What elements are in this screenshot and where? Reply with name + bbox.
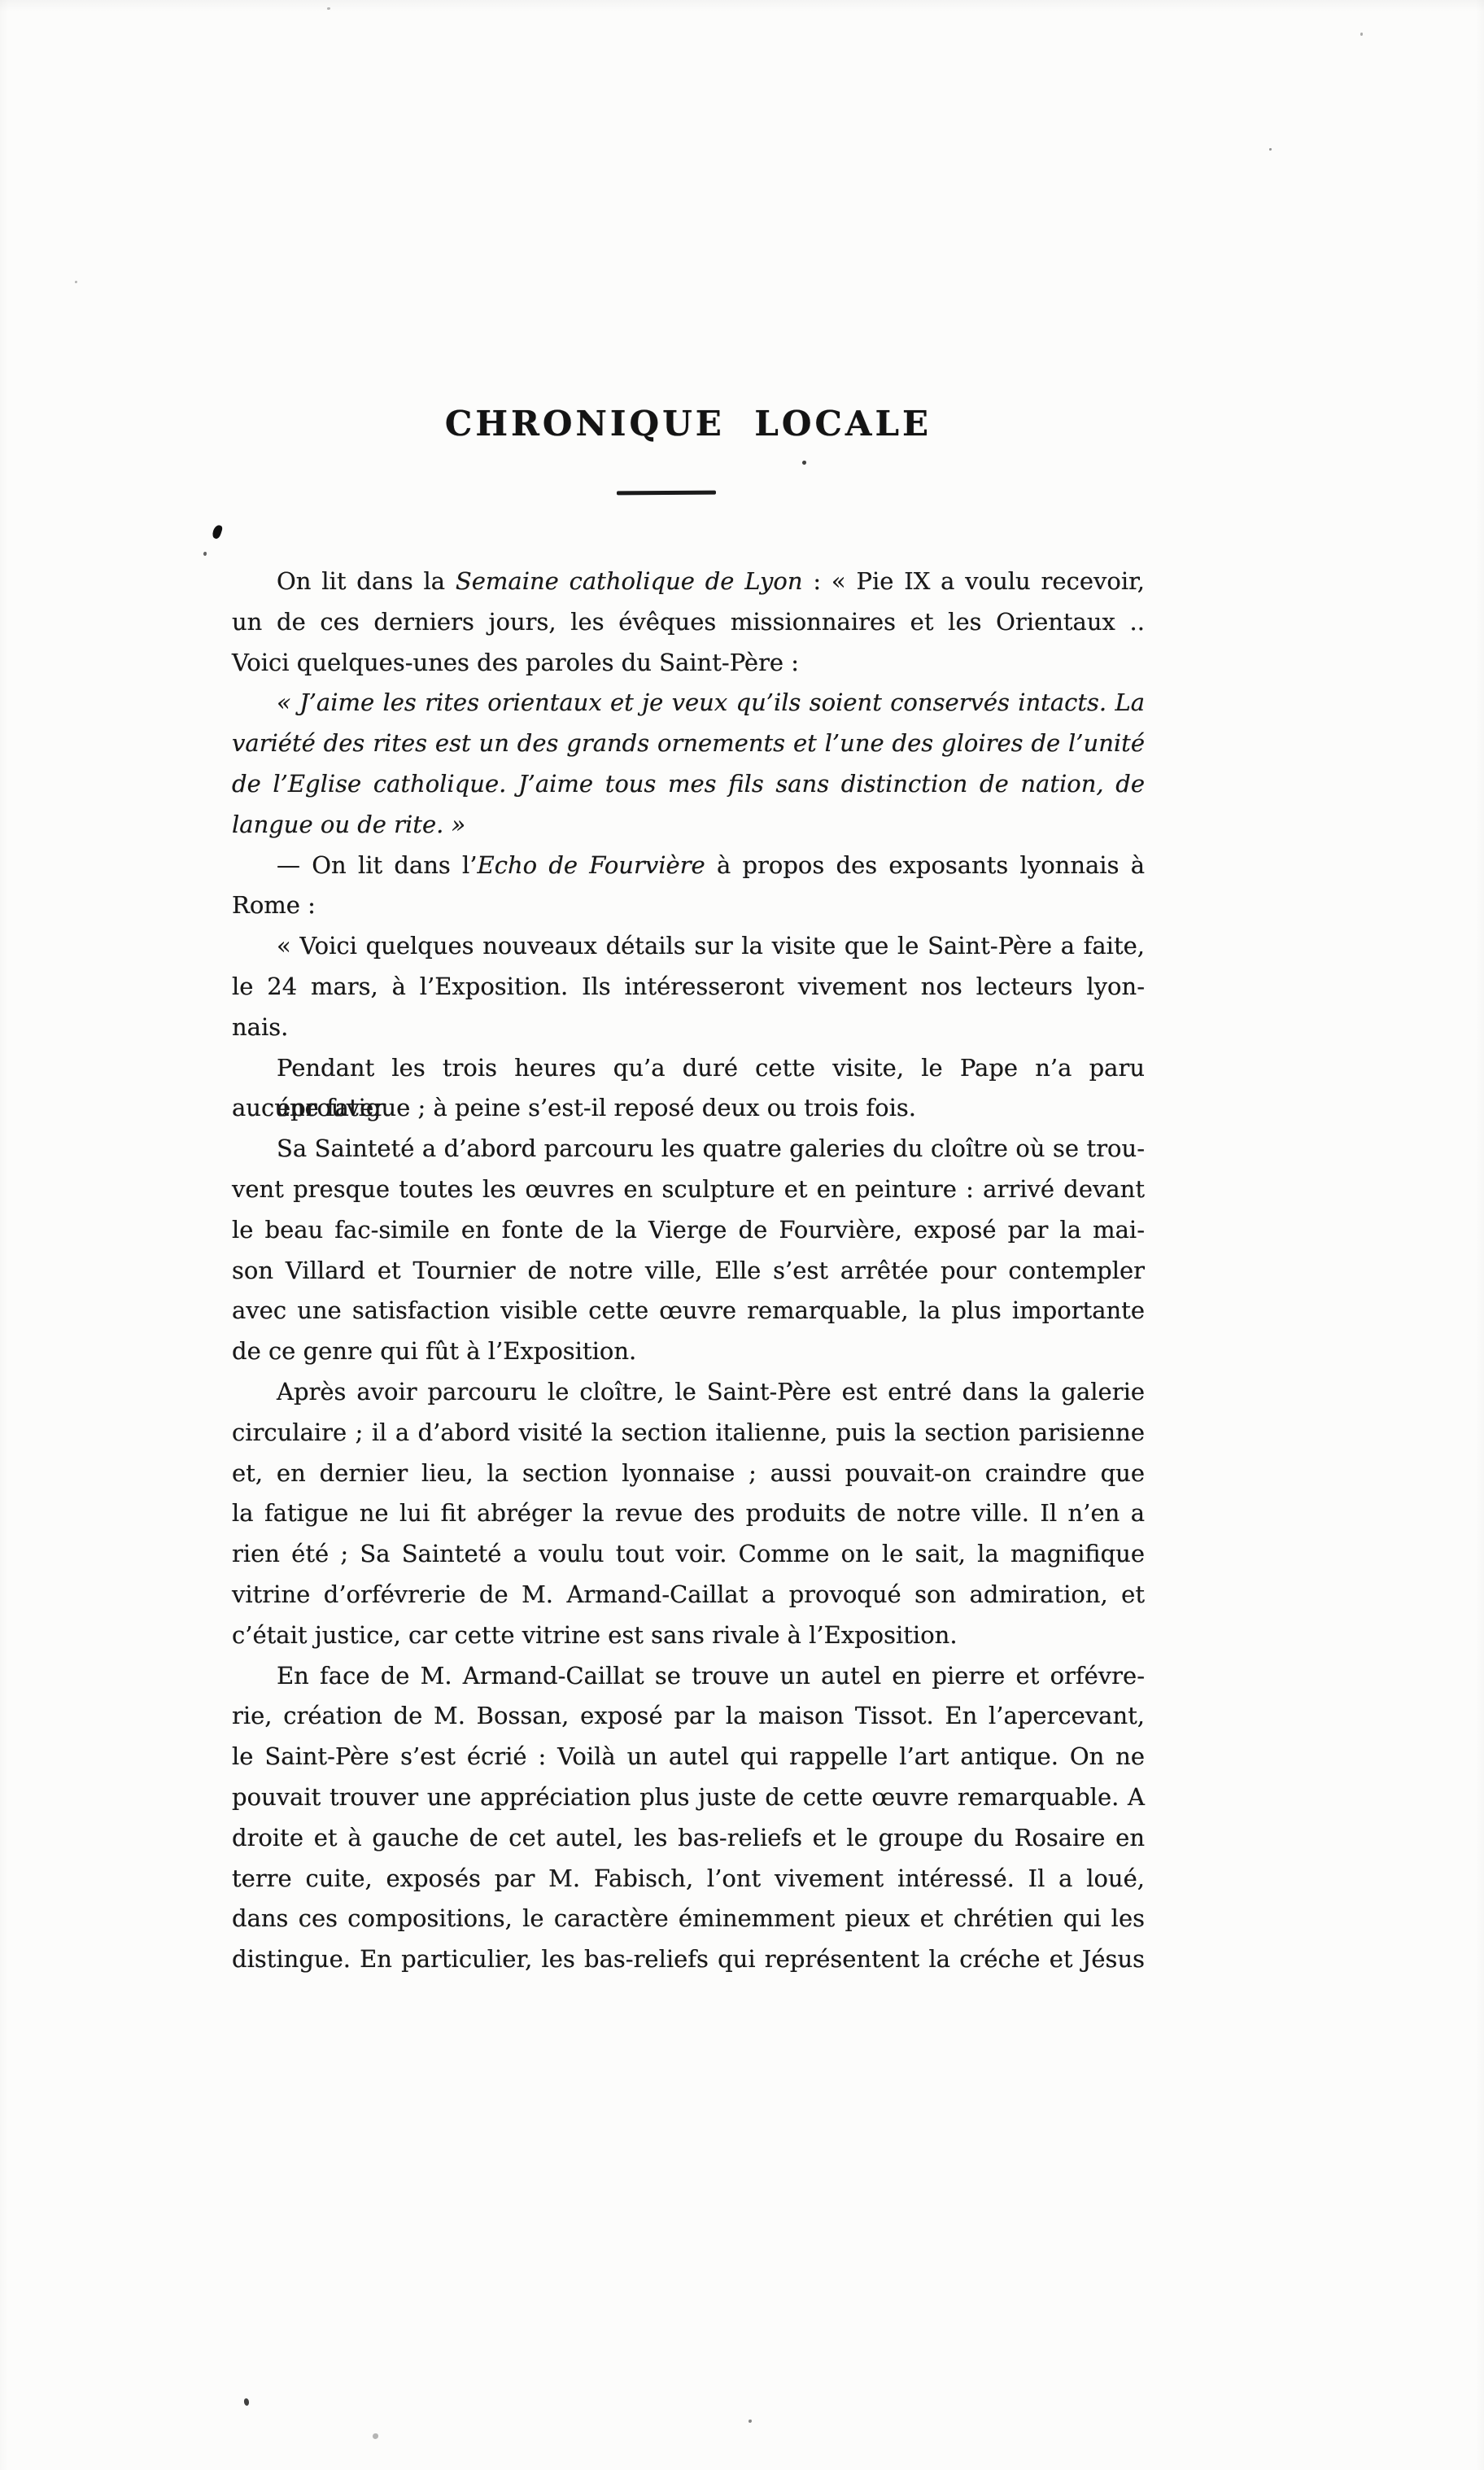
text-segment: distingue. En particulier, les bas-relie… <box>232 1945 1145 1973</box>
text-segment: de ce genre qui fût à l’Exposition. <box>232 1337 636 1365</box>
ink-speck <box>1269 148 1272 151</box>
text-line: le 24 mars, à l’Exposition. Ils intéress… <box>232 967 1145 1008</box>
text-line: langue ou de rite. » <box>232 805 1145 846</box>
title-rule <box>617 491 716 496</box>
text-line: Sa Sainteté a d’abord parcouru les quatr… <box>232 1129 1145 1169</box>
text-segment: le Saint-Père s’est écrié : Voilà un aut… <box>232 1742 1145 1770</box>
text-line: « Voici quelques nouveaux détails sur la… <box>232 926 1145 967</box>
text-segment: « J’aime les rites orientaux et je veux … <box>277 689 1145 716</box>
text-line: de ce genre qui fût à l’Exposition. <box>232 1331 1145 1372</box>
text-segment: variété des rites est un des grands orne… <box>232 729 1145 757</box>
text-line: variété des rites est un des grands orne… <box>232 724 1145 764</box>
text-segment: « Voici quelques nouveaux détails sur la… <box>277 932 1145 960</box>
ink-speck <box>203 552 207 556</box>
text-segment: — On lit dans l’ <box>277 851 478 879</box>
text-column: On lit dans la Semaine catholique de Lyo… <box>232 562 1145 1980</box>
text-segment: Sa Sainteté a d’abord parcouru les quatr… <box>277 1134 1145 1162</box>
text-line: aucune fatigue ; à peine s’est-il reposé… <box>232 1088 1145 1129</box>
text-segment: de l’Eglise catholique. J’aime tous mes … <box>232 770 1145 798</box>
text-line: rie, création de M. Bossan, exposé par l… <box>232 1696 1145 1737</box>
text-segment: droite et à gauche de cet autel, les bas… <box>232 1824 1145 1851</box>
scanned-page: CHRONIQUE LOCALE On lit dans la Semaine … <box>0 0 1484 2470</box>
text-segment: rien été ; Sa Sainteté a voulu tout voir… <box>232 1540 1145 1567</box>
text-line: droite et à gauche de cet autel, les bas… <box>232 1818 1145 1859</box>
text-segment: Voici quelques-unes des paroles du Saint… <box>232 649 799 676</box>
ink-speck <box>749 2420 752 2423</box>
text-segment: On lit dans la <box>277 567 456 595</box>
text-segment: terre cuite, exposés par M. Fabisch, l’o… <box>232 1865 1145 1892</box>
ink-speck <box>327 7 330 10</box>
italic-segment: Echo de Fourvière <box>478 851 705 879</box>
text-line: son Villard et Tournier de notre ville, … <box>232 1251 1145 1292</box>
text-segment: pouvait trouver une appréciation plus ju… <box>232 1783 1145 1811</box>
text-segment: le 24 mars, à l’Exposition. Ils intéress… <box>232 973 1145 1000</box>
text-line: distingue. En particulier, les bas-relie… <box>232 1939 1145 1980</box>
text-segment: : « Pie IX a voulu recevoir, <box>803 567 1145 595</box>
text-segment: à propos des exposants lyonnais à <box>705 851 1145 879</box>
text-segment: Rome : <box>232 891 316 919</box>
text-segment: nais. <box>232 1013 288 1041</box>
text-line: Après avoir parcouru le cloître, le Sain… <box>232 1372 1145 1413</box>
text-segment: vent presque toutes les œuvres en sculpt… <box>232 1175 1145 1203</box>
text-segment: Après avoir parcouru le cloître, le Sain… <box>277 1378 1145 1405</box>
text-line: circulaire ; il a d’abord visité la sect… <box>232 1413 1145 1454</box>
text-segment: vitrine d’orfévrerie de M. Armand-Cailla… <box>232 1580 1145 1608</box>
text-line: — On lit dans l’Echo de Fourvière à prop… <box>232 846 1145 886</box>
ink-speck <box>373 2433 378 2439</box>
italic-segment: Semaine catholique de Lyon <box>456 567 803 595</box>
ink-speck <box>212 524 224 540</box>
text-segment: un de ces derniers jours, les évêques mi… <box>232 608 1145 636</box>
ink-speck <box>243 2398 250 2406</box>
text-segment: dans ces compositions, le caractère émin… <box>232 1904 1145 1932</box>
text-segment: circulaire ; il a d’abord visité la sect… <box>232 1419 1145 1446</box>
text-line: pouvait trouver une appréciation plus ju… <box>232 1777 1145 1818</box>
text-segment: langue ou de rite. » <box>232 811 465 838</box>
text-line: rien été ; Sa Sainteté a voulu tout voir… <box>232 1534 1145 1575</box>
text-line: En face de M. Armand-Caillat se trouve u… <box>232 1656 1145 1697</box>
text-line: dans ces compositions, le caractère émin… <box>232 1899 1145 1939</box>
text-segment: rie, création de M. Bossan, exposé par l… <box>232 1702 1145 1729</box>
text-line: un de ces derniers jours, les évêques mi… <box>232 602 1145 643</box>
text-segment: et, en dernier lieu, la section lyonnais… <box>232 1459 1145 1487</box>
text-line: avec une satisfaction visible cette œuvr… <box>232 1291 1145 1331</box>
text-segment: En face de M. Armand-Caillat se trouve u… <box>277 1662 1145 1690</box>
ink-speck <box>802 461 806 465</box>
text-line: « J’aime les rites orientaux et je veux … <box>232 683 1145 724</box>
text-line: le beau fac-simile en fonte de la Vierge… <box>232 1210 1145 1251</box>
text-line: de l’Eglise catholique. J’aime tous mes … <box>232 764 1145 805</box>
page-title: CHRONIQUE LOCALE <box>232 404 1145 444</box>
ink-speck <box>1360 33 1363 36</box>
ink-speck <box>75 281 77 283</box>
text-line: et, en dernier lieu, la section lyonnais… <box>232 1454 1145 1494</box>
text-segment: le beau fac-simile en fonte de la Vierge… <box>232 1216 1145 1244</box>
text-segment: avec une satisfaction visible cette œuvr… <box>232 1296 1145 1324</box>
text-line: Rome : <box>232 885 1145 926</box>
text-line: vitrine d’orfévrerie de M. Armand-Cailla… <box>232 1575 1145 1615</box>
text-line: Voici quelques-unes des paroles du Saint… <box>232 643 1145 684</box>
text-segment: la fatigue ne lui fit abréger la revue d… <box>232 1499 1145 1527</box>
text-segment: aucune fatigue ; à peine s’est-il reposé… <box>232 1094 916 1121</box>
text-line: terre cuite, exposés par M. Fabisch, l’o… <box>232 1859 1145 1899</box>
text-line: le Saint-Père s’est écrié : Voilà un aut… <box>232 1737 1145 1777</box>
text-line: la fatigue ne lui fit abréger la revue d… <box>232 1493 1145 1534</box>
text-line: On lit dans la Semaine catholique de Lyo… <box>232 562 1145 602</box>
text-segment: c’était justice, car cette vitrine est s… <box>232 1621 958 1649</box>
text-segment: son Villard et Tournier de notre ville, … <box>232 1257 1145 1284</box>
text-line: Pendant les trois heures qu’a duré cette… <box>232 1048 1145 1089</box>
text-line: nais. <box>232 1008 1145 1048</box>
text-line: vent presque toutes les œuvres en sculpt… <box>232 1169 1145 1210</box>
text-line: c’était justice, car cette vitrine est s… <box>232 1615 1145 1656</box>
